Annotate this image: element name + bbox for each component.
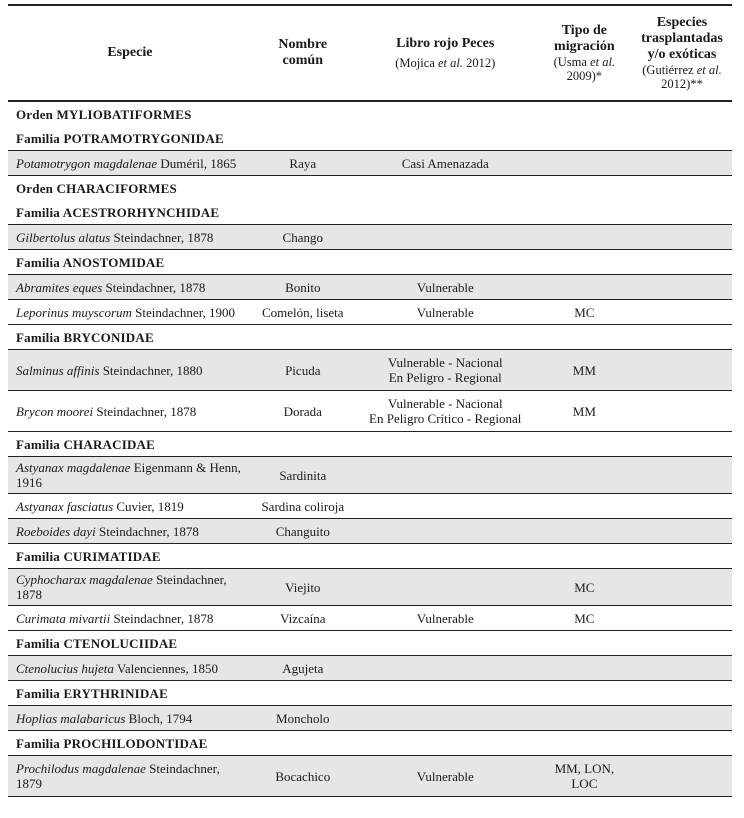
taxon-group-label: Familia CTENOLUCIIDAE [8, 631, 732, 656]
exotic-status [632, 391, 732, 432]
common-name: Picuda [252, 350, 354, 391]
exotic-status [632, 457, 732, 494]
species-genus: Abramites eques [16, 280, 102, 295]
header-libro-rojo: Libro rojo Peces (Mojica et al. 2012) [354, 5, 537, 101]
migration-type [537, 275, 632, 300]
taxon-group-label: Familia ACESTRORHYNCHIDAE [8, 200, 732, 225]
libro-rojo-status [354, 225, 537, 250]
species-genus: Cyphocharax magdalenae [16, 572, 153, 587]
species-name: Cyphocharax magdalenae Steindachner, 187… [8, 569, 252, 606]
species-author: Valenciennes, 1850 [114, 661, 218, 676]
species-genus: Potamotrygon magdalenae [16, 156, 157, 171]
migration-type [537, 656, 632, 681]
common-name: Bonito [252, 275, 354, 300]
exotic-status [632, 569, 732, 606]
taxon-group-row: Orden MYLIOBATIFORMES [8, 101, 732, 126]
species-genus: Curimata mivartii [16, 611, 110, 626]
species-author: Cuvier, 1819 [113, 499, 184, 514]
table-row: Brycon moorei Steindachner, 1878DoradaVu… [8, 391, 732, 432]
table-row: Astyanax magdalenae Eigenmann & Henn, 19… [8, 457, 732, 494]
table-row: Leporinus muyscorum Steindachner, 1900Co… [8, 300, 732, 325]
species-author: Steindachner, 1878 [102, 280, 205, 295]
species-genus: Astyanax fasciatus [16, 499, 113, 514]
table-row: Potamotrygon magdalenae Duméril, 1865Ray… [8, 151, 732, 176]
table-row: Astyanax fasciatus Cuvier, 1819Sardina c… [8, 494, 732, 519]
migration-type: MC [537, 569, 632, 606]
species-name: Gilbertolus alatus Steindachner, 1878 [8, 225, 252, 250]
species-name: Abramites eques Steindachner, 1878 [8, 275, 252, 300]
exotic-status [632, 606, 732, 631]
species-name: Roeboides dayi Steindachner, 1878 [8, 519, 252, 544]
exotic-status [632, 706, 732, 731]
taxon-group-row: Familia POTRAMOTRYGONIDAE [8, 126, 732, 151]
header-nombre-comun: Nombre común [252, 5, 354, 101]
exotic-status [632, 225, 732, 250]
taxon-group-label: Familia ANOSTOMIDAE [8, 250, 732, 275]
migration-type: MM, LON, LOC [537, 756, 632, 797]
exotic-status [632, 494, 732, 519]
species-name: Prochilodus magdalenae Steindachner, 187… [8, 756, 252, 797]
table-row: Prochilodus magdalenae Steindachner, 187… [8, 756, 732, 797]
taxon-group-label: Familia POTRAMOTRYGONIDAE [8, 126, 732, 151]
exotic-status [632, 350, 732, 391]
table-row: Ctenolucius hujeta Valenciennes, 1850Agu… [8, 656, 732, 681]
species-genus: Salminus affinis [16, 363, 99, 378]
species-author: Steindachner, 1878 [110, 230, 213, 245]
table-row: Salminus affinis Steindachner, 1880Picud… [8, 350, 732, 391]
exotic-status [632, 519, 732, 544]
taxon-group-label: Familia ERYTHRINIDAE [8, 681, 732, 706]
migration-type [537, 519, 632, 544]
species-author: Steindachner, 1880 [99, 363, 202, 378]
header-especies-exoticas: Especies trasplantadas y/o exóticas (Gut… [632, 5, 732, 101]
species-genus: Brycon moorei [16, 404, 93, 419]
common-name: Raya [252, 151, 354, 176]
table-row: Hoplias malabaricus Bloch, 1794Moncholo [8, 706, 732, 731]
species-name: Brycon moorei Steindachner, 1878 [8, 391, 252, 432]
header-row: Especie Nombre común Libro rojo Peces (M… [8, 5, 732, 101]
species-genus: Ctenolucius hujeta [16, 661, 114, 676]
taxon-group-row: Orden CHARACIFORMES [8, 176, 732, 201]
species-name: Salminus affinis Steindachner, 1880 [8, 350, 252, 391]
table-row: Gilbertolus alatus Steindachner, 1878Cha… [8, 225, 732, 250]
exotic-status [632, 300, 732, 325]
taxon-group-row: Familia CHARACIDAE [8, 432, 732, 457]
species-genus: Gilbertolus alatus [16, 230, 110, 245]
migration-type [537, 494, 632, 519]
exotic-status [632, 275, 732, 300]
common-name: Sardinita [252, 457, 354, 494]
migration-type [537, 457, 632, 494]
species-name: Hoplias malabaricus Bloch, 1794 [8, 706, 252, 731]
table-row: Roeboides dayi Steindachner, 1878Changui… [8, 519, 732, 544]
libro-rojo-status [354, 706, 537, 731]
common-name: Bocachico [252, 756, 354, 797]
libro-rojo-status: Casi Amenazada [354, 151, 537, 176]
table-row: Curimata mivartii Steindachner, 1878Vizc… [8, 606, 732, 631]
common-name: Vizcaína [252, 606, 354, 631]
header-tipo-migracion-ref: (Usma et al. 2009)* [539, 55, 630, 83]
taxon-group-row: Familia PROCHILODONTIDAE [8, 731, 732, 756]
common-name: Chango [252, 225, 354, 250]
species-genus: Prochilodus magdalenae [16, 761, 146, 776]
exotic-status [632, 756, 732, 797]
migration-type [537, 706, 632, 731]
taxon-group-label: Orden MYLIOBATIFORMES [8, 101, 732, 126]
migration-type: MM [537, 350, 632, 391]
taxon-group-label: Orden CHARACIFORMES [8, 176, 732, 201]
libro-rojo-status: Vulnerable - Nacional En Peligro - Regio… [354, 350, 537, 391]
taxon-group-row: Familia ERYTHRINIDAE [8, 681, 732, 706]
migration-type [537, 151, 632, 176]
taxon-group-row: Familia ANOSTOMIDAE [8, 250, 732, 275]
table-row: Abramites eques Steindachner, 1878Bonito… [8, 275, 732, 300]
species-name: Ctenolucius hujeta Valenciennes, 1850 [8, 656, 252, 681]
common-name: Dorada [252, 391, 354, 432]
species-name: Curimata mivartii Steindachner, 1878 [8, 606, 252, 631]
species-name: Astyanax magdalenae Eigenmann & Henn, 19… [8, 457, 252, 494]
species-author: Duméril, 1865 [157, 156, 236, 171]
species-author: Steindachner, 1878 [96, 524, 199, 539]
exotic-status [632, 656, 732, 681]
species-genus: Astyanax magdalenae [16, 460, 130, 475]
species-author: Steindachner, 1900 [132, 305, 235, 320]
libro-rojo-status [354, 569, 537, 606]
species-name: Leporinus muyscorum Steindachner, 1900 [8, 300, 252, 325]
common-name: Agujeta [252, 656, 354, 681]
species-author: Steindachner, 1878 [110, 611, 213, 626]
header-tipo-migracion: Tipo de migración (Usma et al. 2009)* [537, 5, 632, 101]
common-name: Comelón, liseta [252, 300, 354, 325]
libro-rojo-status: Vulnerable [354, 756, 537, 797]
migration-type: MC [537, 606, 632, 631]
libro-rojo-status: Vulnerable [354, 275, 537, 300]
taxon-group-label: Familia PROCHILODONTIDAE [8, 731, 732, 756]
taxon-group-label: Familia CURIMATIDAE [8, 544, 732, 569]
common-name: Sardina coliroja [252, 494, 354, 519]
libro-rojo-status [354, 494, 537, 519]
libro-rojo-status [354, 519, 537, 544]
exotic-status [632, 151, 732, 176]
common-name: Viejito [252, 569, 354, 606]
taxon-group-row: Familia CTENOLUCIIDAE [8, 631, 732, 656]
species-table: Especie Nombre común Libro rojo Peces (M… [8, 4, 732, 797]
header-libro-rojo-ref: (Mojica et al. 2012) [356, 56, 535, 70]
species-author: Bloch, 1794 [125, 711, 192, 726]
taxon-group-label: Familia CHARACIDAE [8, 432, 732, 457]
taxon-group-label: Familia BRYCONIDAE [8, 325, 732, 350]
libro-rojo-status: Vulnerable [354, 300, 537, 325]
libro-rojo-status: Vulnerable - Nacional En Peligro Crítico… [354, 391, 537, 432]
libro-rojo-status: Vulnerable [354, 606, 537, 631]
species-author: Steindachner, 1878 [93, 404, 196, 419]
species-genus: Roeboides dayi [16, 524, 96, 539]
migration-type: MC [537, 300, 632, 325]
species-genus: Hoplias malabaricus [16, 711, 125, 726]
libro-rojo-status [354, 457, 537, 494]
species-name: Astyanax fasciatus Cuvier, 1819 [8, 494, 252, 519]
table-row: Cyphocharax magdalenae Steindachner, 187… [8, 569, 732, 606]
taxon-group-row: Familia BRYCONIDAE [8, 325, 732, 350]
migration-type: MM [537, 391, 632, 432]
header-especies-exoticas-ref: (Gutiérrez et al. 2012)** [634, 63, 730, 91]
table-body: Orden MYLIOBATIFORMESFamilia POTRAMOTRYG… [8, 101, 732, 797]
libro-rojo-status [354, 656, 537, 681]
taxon-group-row: Familia ACESTRORHYNCHIDAE [8, 200, 732, 225]
migration-type [537, 225, 632, 250]
common-name: Changuito [252, 519, 354, 544]
header-especie: Especie [8, 5, 252, 101]
taxon-group-row: Familia CURIMATIDAE [8, 544, 732, 569]
common-name: Moncholo [252, 706, 354, 731]
species-genus: Leporinus muyscorum [16, 305, 132, 320]
species-name: Potamotrygon magdalenae Duméril, 1865 [8, 151, 252, 176]
